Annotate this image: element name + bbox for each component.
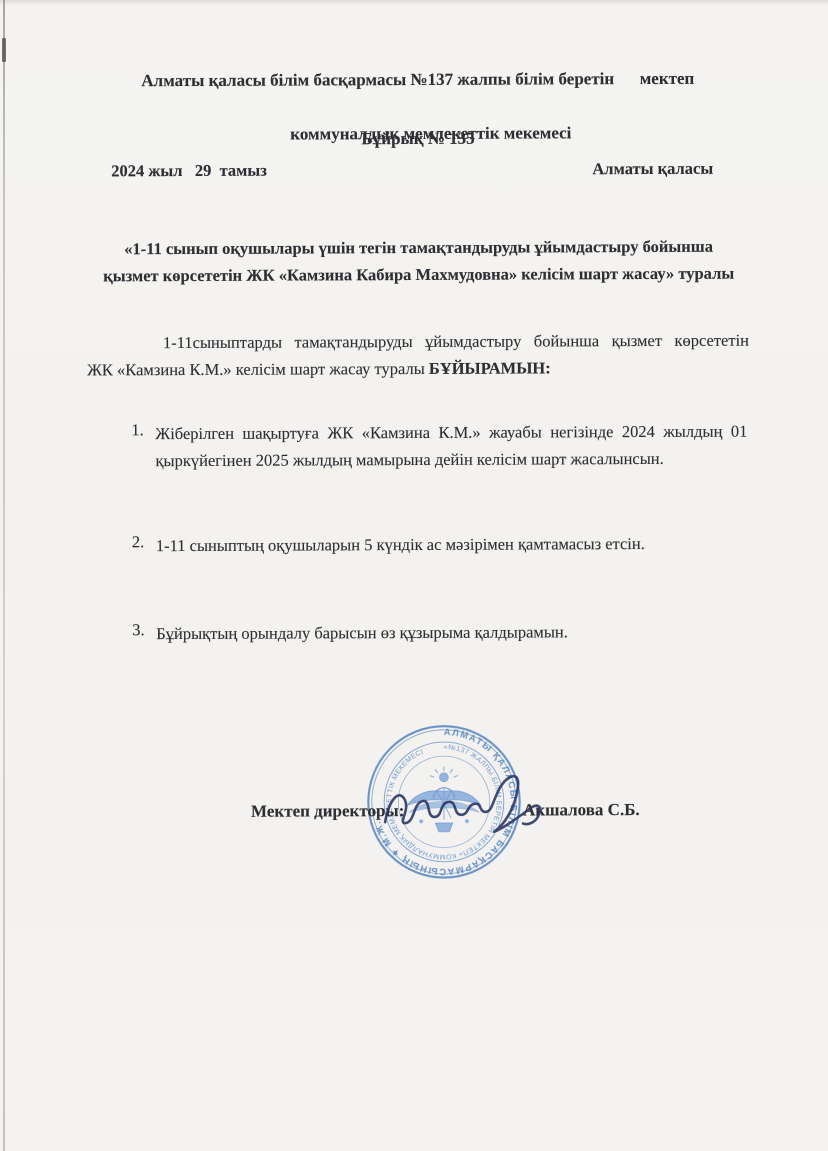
list-item-3: Бұйрықтың орындалу барысын өз құзырыма қ… [156,618,748,648]
list-item-1-line1: Жіберілген шақыртуға ЖК «Камзина К.М.» ж… [155,418,747,448]
paragraph-line1: 1-11сыныптарды тамақтандыруды ұйымдастыр… [87,327,749,357]
order-date: 2024 жыл 29 тамыз [111,161,267,182]
handwritten-signature [379,757,551,852]
organization-name-line1: Алматы қаласы білім басқармасы №137 жалп… [141,69,694,90]
order-subject-line1: «1-11 сынып оқушылары үшін тегін тамақта… [124,237,713,259]
list-item-3-number: 3. [132,620,154,640]
list-item-2: 1-11 сыныптың оқушыларын 5 күндік ас мәз… [156,530,748,560]
paragraph-line2: ЖК «Камзина К.М.» келісім шарт жасау тур… [87,358,551,379]
order-city: Алматы қаласы [592,159,713,180]
order-body-paragraph: 1-11сыныптарды тамақтандыруды ұйымдастыр… [87,327,749,384]
paragraph-line2-text: ЖК «Камзина К.М.» келісім шарт жасау тур… [87,359,429,379]
order-subject-line2: қызмет көрсететін ЖК «Камзина Кабира Мах… [103,263,734,285]
scanned-order-page: Алматы қаласы білім басқармасы №137 жалп… [0,0,828,1151]
paragraph-resolve-word: БҰЙЫРАМЫН: [429,358,551,378]
list-item-1-number: 1. [131,420,153,440]
order-subject: «1-11 сынып оқушылары үшін тегін тамақта… [75,233,763,289]
order-number: Бұйрық № 135 [88,128,748,151]
list-item-1: Жіберілген шақыртуға ЖК «Камзина К.М.» ж… [155,418,747,475]
list-item-1-line2: қыркүйегінен 2025 жылдың мамырына дейін … [155,449,663,470]
date-city-row: 2024 жыл 29 тамыз Алматы қаласы [111,159,713,182]
list-item-2-number: 2. [132,532,154,552]
signature-stroke [385,776,540,832]
order-document: Алматы қаласы білім басқармасы №137 жалп… [0,0,828,1151]
